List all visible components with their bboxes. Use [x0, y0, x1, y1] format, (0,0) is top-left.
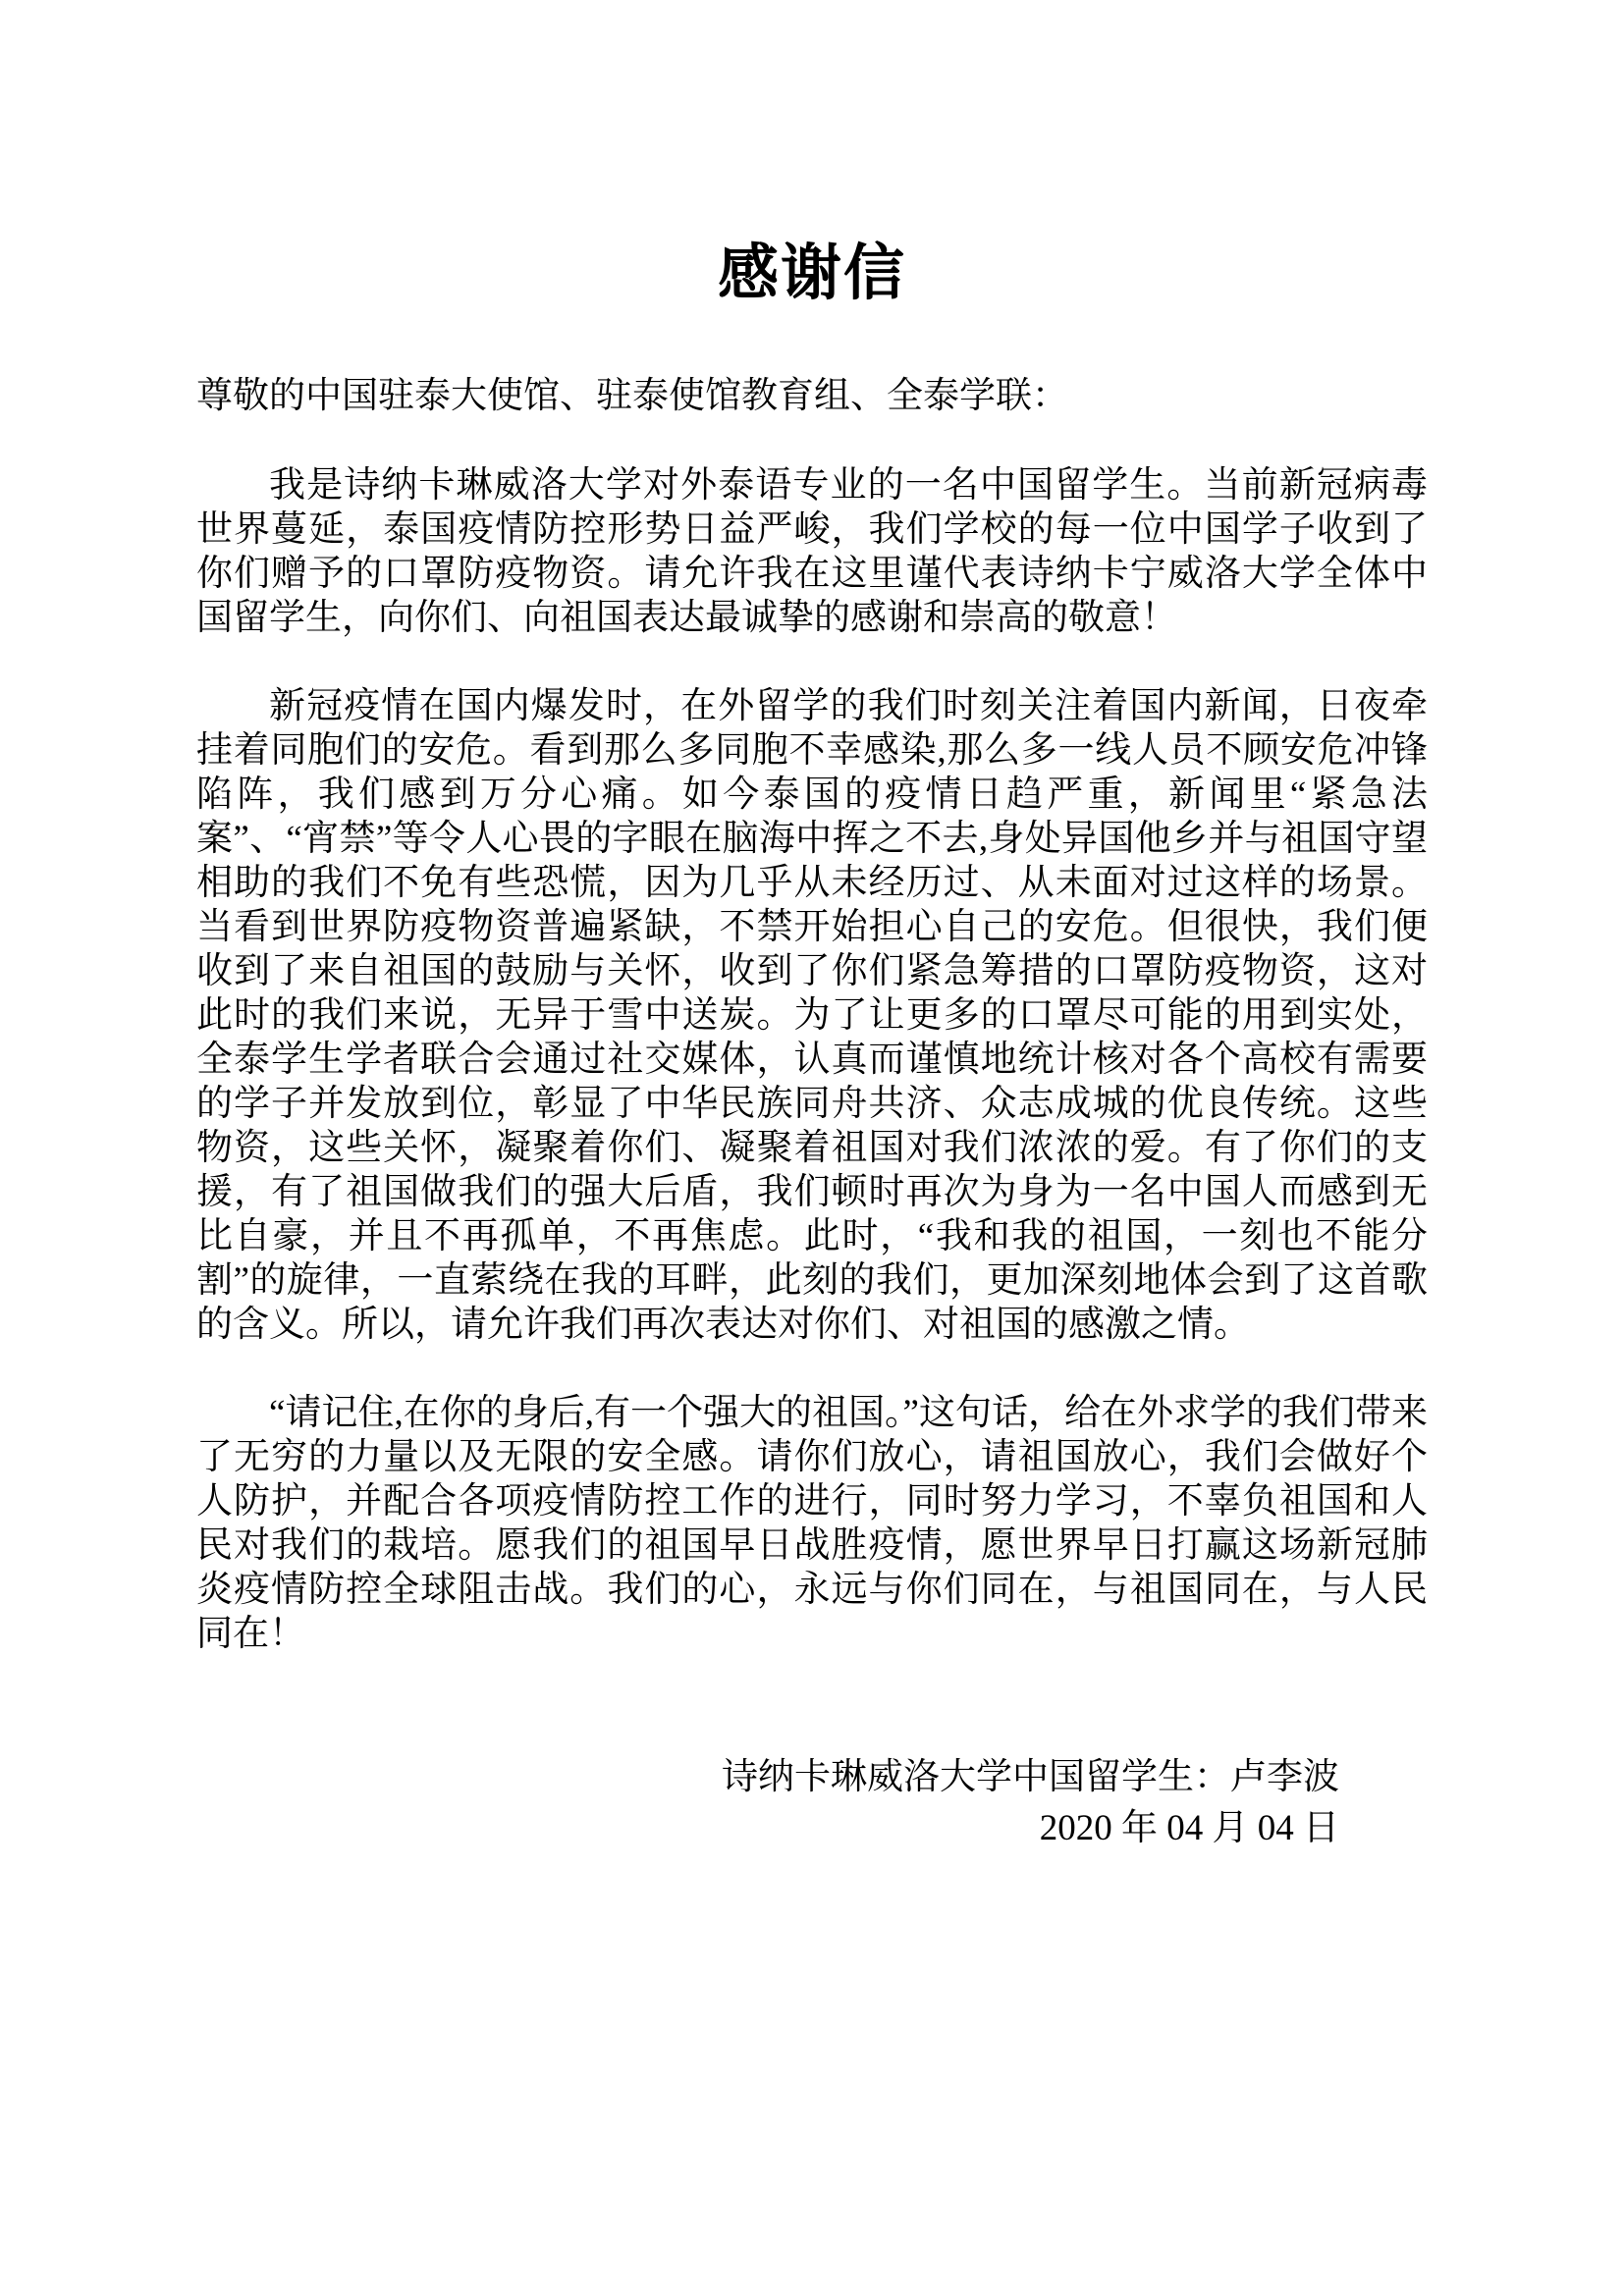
salutation: 尊敬的中国驻泰大使馆、驻泰使馆教育组、全泰学联：	[196, 374, 1428, 418]
letter-page: 感谢信 尊敬的中国驻泰大使馆、驻泰使馆教育组、全泰学联： 我是诗纳卡琳威洛大学对…	[0, 0, 1624, 2296]
signature: 诗纳卡琳威洛大学中国留学生：卢李波	[196, 1752, 1339, 1803]
body-paragraph-2: 新冠疫情在国内爆发时，在外留学的我们时刻关注着国内新闻，日夜牵挂着同胞们的安危。…	[196, 684, 1428, 1347]
body-paragraph-1: 我是诗纳卡琳威洛大学对外泰语专业的一名中国留学生。当前新冠病毒世界蔓延，泰国疫情…	[196, 463, 1428, 640]
page-title: 感谢信	[196, 240, 1428, 307]
body-paragraph-3: “请记住,在你的身后,有一个强大的祖国。”这句话，给在外求学的我们带来了无穷的力…	[196, 1391, 1428, 1656]
date: 2020 年 04 月 04 日	[196, 1803, 1339, 1854]
signature-block: 诗纳卡琳威洛大学中国留学生：卢李波 2020 年 04 月 04 日	[196, 1752, 1428, 1854]
